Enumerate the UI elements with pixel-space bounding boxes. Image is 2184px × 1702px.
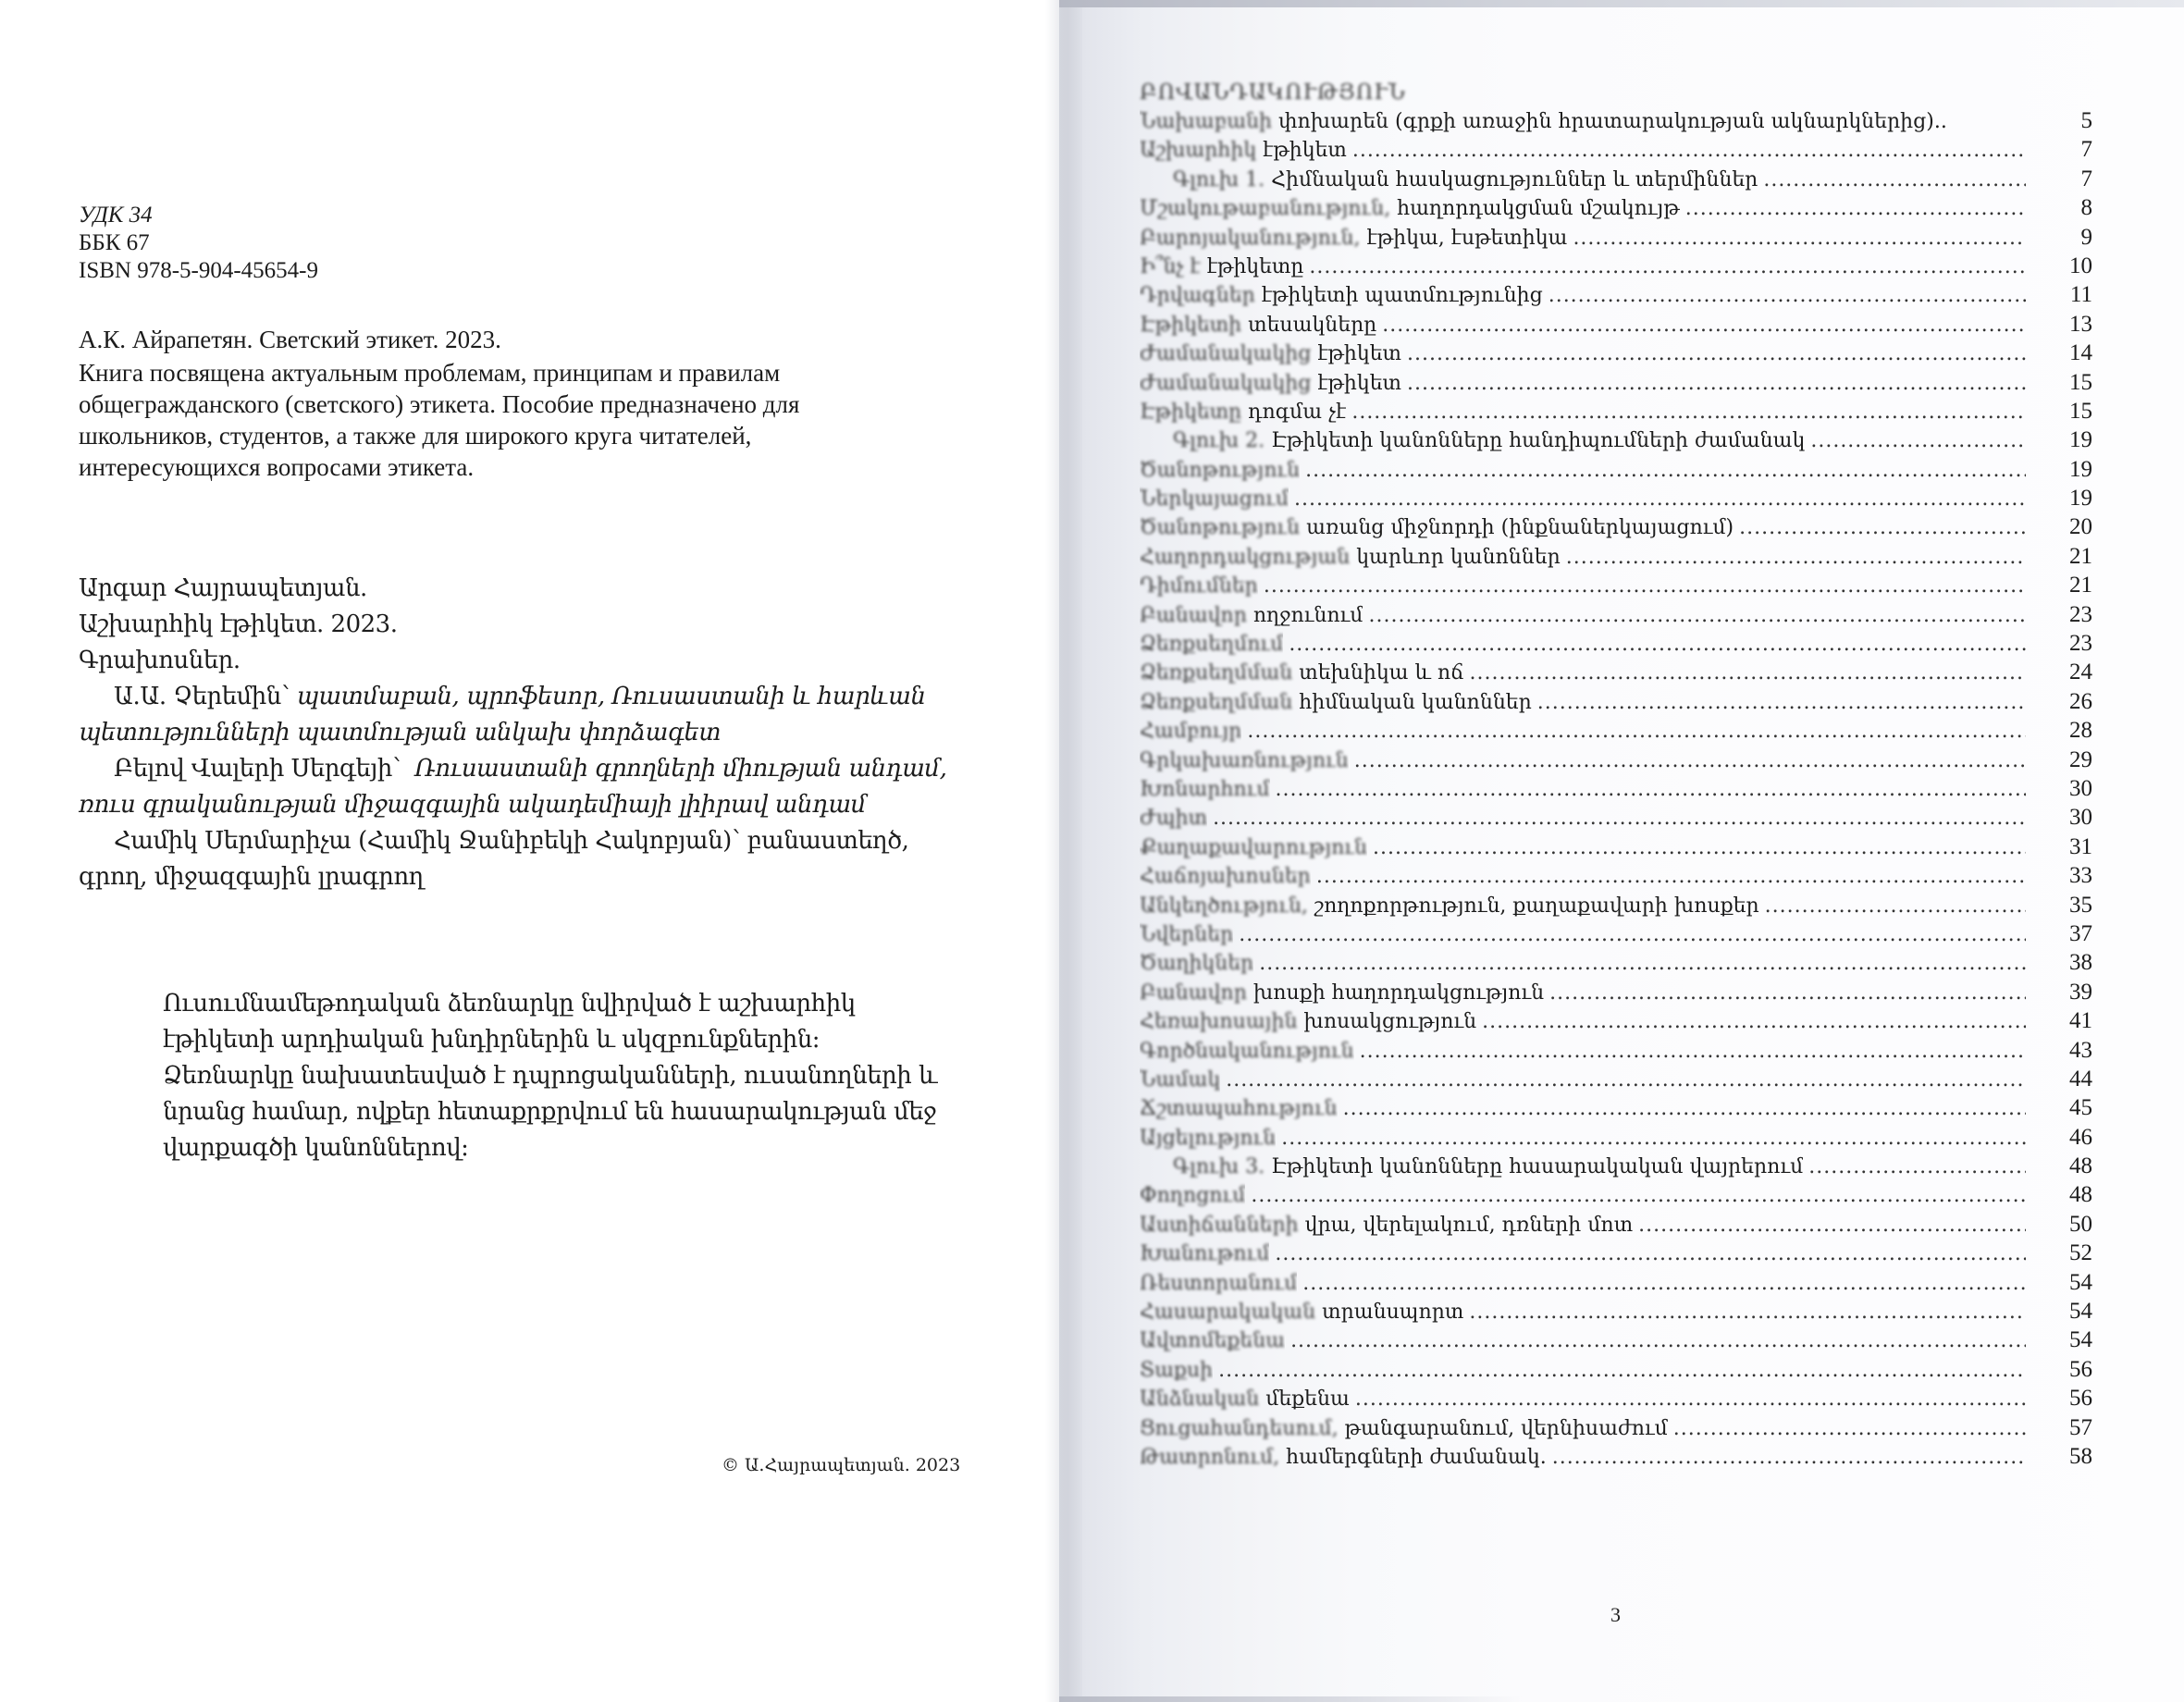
toc-page-number: 28 [2031,716,2092,745]
toc-entry-lead: Փողոցում [1140,1184,1245,1207]
toc-page-number: 44 [2031,1065,2092,1093]
toc-entry: Ճշտապահություն45 [1140,1093,2092,1122]
toc-page-number: 11 [2031,280,2092,309]
russian-annotation-line: общегражданского (светского) этикета. По… [79,388,1041,420]
toc-entry-title: Քաղաքավարություն [1140,833,1367,862]
toc-page-number: 15 [2031,368,2092,397]
toc-leader-dots [1685,194,2026,223]
toc-leader-dots [1482,1007,2026,1036]
reviewer-role: պատմաբան, պրոֆեսոր, Ռուսաստանի և հարևան [297,683,926,710]
toc-leader-dots [1343,1094,2026,1123]
toc-entry-title: Թատրոնում, համերգների ժամանակ. [1140,1443,1547,1472]
toc-entry-title: Աշխարհիկ էթիկետ [1140,136,1347,165]
toc-leader-dots [1470,659,2026,687]
toc-chapter-entry: Գլուխ 1. Հիմնական հասկացություններ և տեր… [1140,165,2092,193]
toc-entry-title: Գլուխ 1. Հիմնական հասկացություններ և տեր… [1140,166,1758,194]
toc-entry: Ներկայացում19 [1140,484,2092,512]
toc-entry: Աշխարհիկ էթիկետ7 [1140,135,2092,164]
toc-leader-dots [1276,775,2026,804]
left-page: УДК 34 ББК 67 ISBN 978-5-904-45654-9 А.К… [0,0,1073,1702]
toc-leader-dots [1573,224,2026,253]
toc-entry: Բանավոր խոսքի հաղորդակցություն39 [1140,978,2092,1006]
toc-entry-title: Ներկայացում [1140,485,1289,513]
toc-entry-lead: Էթիկետը [1140,401,1241,424]
toc-page-number: 33 [2031,861,2092,890]
reviewer-role: Ռուսաստանի գրողների միության անդամ, [414,755,946,783]
russian-annotation: А.К. Айрапетян. Светский этикет. 2023. К… [79,324,1041,483]
toc-entry: Անկեղծություն, շողոքորթություն, քաղաքավա… [1140,891,2092,919]
toc-entry-title: Գլուխ 2. Էթիկետի կանոնները հանդիպումների… [1140,426,1805,455]
russian-annotation-line: школьников, студентов, а также для широк… [79,420,1041,451]
toc-entry: Դրվագներ էթիկետի պատմությունից11 [1140,280,2092,309]
toc-entry-title: Դրվագներ էթիկետի պատմությունից [1140,281,1543,310]
toc-leader-dots [1239,920,2026,949]
toc-entry-lead: Հաճոյախոսներ [1140,865,1311,888]
toc-entry-title: Խանութում [1140,1239,1269,1268]
toc-page-number: 35 [2031,891,2092,919]
toc-entry-rest: տրանսպորտ [1315,1301,1463,1324]
toc-page-number: 29 [2031,746,2092,774]
toc-entry-lead: Ավտոմեքենա [1140,1329,1285,1352]
toc-leader-dots [1351,398,2026,426]
toc-entry-title: Մշակութաբանություն, հաղորդակցման մշակույ… [1140,194,1680,223]
toc-page-number: 7 [2031,165,2092,193]
toc-entry-lead: Տաքսի [1140,1359,1213,1382]
toc-leader-dots [1368,601,2026,630]
toc-entry-lead: Խանութում [1140,1242,1269,1265]
toc-leader-dots [1810,426,2026,455]
toc-entry: Հաղորդակցության կարևոր կանոններ21 [1140,542,2092,571]
toc-entry-lead: Հեռախոսային [1140,1010,1297,1033]
toc-entry-lead: Թատրոնում, [1140,1446,1279,1469]
toc-leader-dots [1309,253,2026,281]
toc-page-number: 58 [2031,1442,2092,1471]
toc-page-number: 15 [2031,397,2092,425]
toc-entry-lead: Հաղորդակցության [1140,546,1350,569]
toc-page-number: 20 [2031,512,2092,541]
toc-entry-title: Ծաղիկներ [1140,949,1253,978]
toc-leader-dots [1213,804,2026,832]
toc-entry-rest: էթիկետ [1311,372,1401,395]
toc-page-number: 23 [2031,629,2092,658]
toc-entry-title: Փողոցում [1140,1181,1245,1210]
toc-page-number: 13 [2031,310,2092,339]
toc-entry-title: Բանավոր խոսքի հաղորդակցություն [1140,979,1544,1007]
toc-entry-rest: տեխնիկա և ոճ [1292,661,1463,684]
toc-entry-rest: էթիկետ [1311,342,1401,365]
toc-entry-title: Ձեռքսեղմում [1140,630,1283,659]
reviewers-label: Գրախոսներ. [79,643,1059,679]
toc-entry-lead: Նախաբանի [1140,110,1272,133]
reviewer-role-line: պետությունների պատմության անկախ փորձագետ [79,719,721,746]
bibliographic-block: УДК 34 ББК 67 ISBN 978-5-904-45654-9 [79,202,318,285]
toc-page-number: 31 [2031,832,2092,861]
toc-entry-lead: Գլուխ 2. [1173,429,1265,452]
toc-entry: Ժամանակակից էթիկետ15 [1140,368,2092,397]
toc-entry-lead: Նվերներ [1140,923,1233,946]
toc-entry: Հեռախոսային խոսակցություն41 [1140,1006,2092,1035]
russian-title-line: А.К. Айрапетян. Светский этикет. 2023. [79,324,1041,355]
toc-entry-lead: Ձեռքսեղմում [1140,633,1283,656]
toc-page-number: 56 [2031,1384,2092,1412]
toc-page-number: 50 [2031,1210,2092,1239]
toc-entry: Ծանոթություն19 [1140,455,2092,484]
spine-gutter-shadow [1045,0,1082,1702]
toc-page-number: 21 [2031,542,2092,571]
toc-entry: Հաճոյախոսներ33 [1140,861,2092,890]
toc-entry-title: Էթիկետի տեսակները [1140,311,1376,339]
toc-leader-dots [1765,892,2026,920]
toc-entry-lead: Խոնարհում [1140,778,1270,801]
toc-heading-text: ԲՈՎԱՆԴԱԿՈՒԹՅՈՒՆ [1140,80,1406,105]
toc-entry-rest: Էթիկետի կանոնները հանդիպումների ժամանակ [1265,429,1805,452]
annotation-line: Ուսումնամեթոդական ձեռնարկը նվիրված է աշխ… [163,986,1014,1022]
toc-page-number: 52 [2031,1239,2092,1267]
toc-entry-title: Համբույր [1140,717,1241,746]
toc-entry-title: Գրկախառնություն [1140,746,1349,775]
toc-entry: Համբույր28 [1140,716,2092,745]
toc-leader-dots [1373,833,2026,862]
toc-leader-dots [1302,1269,2026,1298]
toc-entry-lead: Ժամանակակից [1140,372,1311,395]
reviewer-role-continued: պետությունների պատմության անկախ փորձագետ [79,715,1059,751]
toc-entry-lead: Դրվագներ [1140,284,1255,307]
toc-entry-title: Բարոյականություն, էթիկա, էսթետիկա [1140,224,1567,253]
toc-entry-lead: Գրկախառնություն [1140,749,1349,772]
reviewer-role-continued: գրող, միջազգային լրագրող [79,859,1059,895]
toc-entry-title: Նվերներ [1140,920,1233,949]
toc-entry: Խոնարհում30 [1140,774,2092,803]
toc-leader-dots [1549,979,2026,1007]
toc-entry-title: Աստիճանների վրա, վերելակում, դռների մոտ [1140,1211,1633,1239]
toc-entry-lead: Ճշտապահություն [1140,1097,1338,1120]
toc-entry-title: Ժպիտ [1140,804,1207,832]
toc-entry: Մշակութաբանություն, հաղորդակցման մշակույ… [1140,193,2092,222]
toc-entry-rest: փոխարեն (գրքի առաջին հրատարակության ակնա… [1272,110,1947,133]
toc-page-number: 43 [2031,1036,2092,1065]
toc-entry: Ծանոթություն առանց միջնորդի (ինքնաներկայ… [1140,512,2092,541]
toc-entry-rest: առանց միջնորդի (ինքնաներկայացում) [1300,516,1734,539]
toc-entry-title: Գլուխ 3. Էթիկետի կանոնները հասարակական վ… [1140,1153,1803,1181]
reviewer-name: Համիկ Սերմարիչա (Համիկ Ջանիբեկի Հակոբյան… [114,827,908,855]
toc-entry-title: Այցելություն [1140,1124,1276,1153]
toc-entry-lead: Գլուխ 1. [1173,168,1265,191]
toc-entry-lead: Հասարակական [1140,1301,1315,1324]
toc-entry: Ռեստորանում54 [1140,1268,2092,1297]
bbk-code: ББК 67 [79,229,318,257]
page-edge-bottom [1059,1696,1522,1702]
toc-leader-dots [1638,1211,2026,1239]
toc-entry-title: Հաղորդակցության կարևոր կանոններ [1140,543,1561,572]
toc-page-number: 56 [2031,1355,2092,1384]
toc-chapter-entry: Գլուխ 3. Էթիկետի կանոնները հասարակական վ… [1140,1152,2092,1180]
reviewer-name: Բելով Վալերի Սերգեյի՝ [114,755,401,783]
toc-entry-title: Ձեռքսեղմման հիմնական կանոններ [1140,688,1532,717]
toc-entry-rest: էթիկետի պատմությունից [1255,284,1543,307]
toc-entry: Փողոցում48 [1140,1180,2092,1209]
toc-entry-title: Հասարակական տրանսպորտ [1140,1298,1463,1326]
copyright-notice: © Ա.Հայրապետյան. 2023 [722,1455,960,1475]
toc-page-number: 38 [2031,948,2092,977]
toc-entry: Ցուցահանդեսում, թանգարանում, վերնիսաժում… [1140,1413,2092,1442]
toc-entry-title: Հաճոյախոսներ [1140,862,1311,891]
toc-entry: Դիմումներ21 [1140,571,2092,599]
toc-leader-dots [1290,1326,2026,1355]
toc-page-number: 19 [2031,484,2092,512]
toc-entry-title: Անկեղծություն, շողոքորթություն, քաղաքավա… [1140,892,1759,920]
toc-entry-lead: Անձնական [1140,1387,1259,1411]
toc-leader-dots [1739,513,2026,542]
toc-leader-dots [1360,1037,2026,1066]
toc-entry: Տաքսի56 [1140,1355,2092,1384]
armenian-imprint: Արգար Հայրապետյան. Աշխարհիկ էթիկետ. 2023… [79,571,1059,895]
toc-entry-lead: Համբույր [1140,720,1241,743]
toc-entry: Բանավոր ողջունում23 [1140,600,2092,629]
toc-chapter-entry: Գլուխ 2. Էթիկետի կանոնները հանդիպումների… [1140,425,2092,454]
toc-entry-title: Ավտոմեքենա [1140,1326,1285,1355]
toc-page-number: 10 [2031,252,2092,280]
toc-entry-title: Ժամանակակից էթիկետ [1140,339,1401,368]
toc-entry-rest: համերգների ժամանակ. [1279,1446,1547,1469]
toc-entry-title: Ծանոթություն առանց միջնորդի (ինքնաներկայ… [1140,513,1734,542]
toc-leader-dots [1275,1239,2026,1268]
toc-entry-rest: էթիկա, էսթետիկա [1361,227,1568,250]
toc-entry: Ձեռքսեղմում23 [1140,629,2092,658]
toc-entry: Էթիկետը դոգմա չէ15 [1140,397,2092,425]
toc-list: Նախաբանի փոխարեն (գրքի առաջին հրատարակու… [1140,106,2092,1471]
toc-page-number: 24 [2031,658,2092,686]
toc-entry-title: Նամակ [1140,1066,1220,1094]
toc-entry-lead: Ժպիտ [1140,807,1207,830]
toc-entry-rest: հաղորդակցման մշակույթ [1390,197,1680,220]
toc-page-number: 39 [2031,978,2092,1006]
reviewer-role-line: ռուս գրականության միջազգային ակադեմիայի … [79,791,866,819]
toc-entry-lead: Գործնականություն [1140,1040,1354,1063]
toc-entry-lead: Ծաղիկներ [1140,952,1253,975]
toc-entry-rest: շողոքորթություն, քաղաքավարի խոսքեր [1308,894,1759,918]
toc-entry-lead: Ծանոթություն [1140,459,1300,482]
toc-entry-lead: Աստիճանների [1140,1214,1299,1237]
toc-entry-lead: Ծանոթություն [1140,516,1300,539]
toc-entry-title: Տաքսի [1140,1356,1213,1385]
toc-page-number: 48 [2031,1152,2092,1180]
toc-entry-rest: ողջունում [1247,604,1363,627]
toc-page-number: 41 [2031,1006,2092,1035]
toc-page-number: 45 [2031,1093,2092,1122]
toc-leader-dots [1763,166,2026,194]
toc-leader-dots [1352,136,2026,165]
toc-leader-dots [1382,311,2026,339]
toc-entry-lead: Անկեղծություն, [1140,894,1308,918]
toc-entry: Խանութում52 [1140,1239,2092,1267]
book-spread: УДК 34 ББК 67 ISBN 978-5-904-45654-9 А.К… [0,0,2184,1702]
toc-entry-rest: Էթիկետի կանոնները հասարակական վայրերում [1265,1155,1803,1178]
toc-entry: Գործնականություն43 [1140,1036,2092,1065]
toc-page-number: 5 [2031,106,2092,135]
toc-page-number: 8 [2031,193,2092,222]
toc-page-number: 26 [2031,687,2092,716]
toc-entry-rest: կարևոր կանոններ [1350,546,1561,569]
toc-entry: Նվերներ37 [1140,919,2092,948]
toc-entry-title: Ի՞նչ է էթիկետը [1140,253,1303,281]
toc-page-number: 48 [2031,1180,2092,1209]
toc-page-number: 57 [2031,1413,2092,1442]
toc-entry: Անձնական մեքենա56 [1140,1384,2092,1412]
page-edge-top [1059,0,2184,7]
toc-entry-lead: Ռեստորանում [1140,1272,1297,1295]
toc-entry-lead: Դիմումներ [1140,574,1258,598]
toc-entry: Էթիկետի տեսակները13 [1140,310,2092,339]
annotation-line: Ձեռնարկը նախատեսված է դպրոցականների, ուս… [163,1058,1014,1094]
toc-leader-dots [1537,688,2026,717]
toc-entry-lead: Ցուցահանդեսում, [1140,1417,1339,1440]
toc-entry-rest: վրա, վերելակում, դռների մոտ [1299,1214,1634,1237]
toc-leader-dots [1549,281,2026,310]
toc-leader-dots [1247,717,2026,746]
book-title-year: Աշխարհիկ էթիկետ. 2023. [79,607,1059,643]
toc-entry-rest: Հիմնական հասկացություններ և տերմիններ [1265,168,1758,191]
toc-entry-rest: թանգարանում, վերնիսաժում [1339,1417,1668,1440]
toc-entry-rest: հիմնական կանոններ [1292,691,1532,714]
toc-entry: Բարոյականություն, էթիկա, էսթետիկա9 [1140,223,2092,252]
toc-page-number: 21 [2031,571,2092,599]
reviewer-entry: Համիկ Սերմարիչա (Համիկ Ջանիբեկի Հակոբյան… [79,823,1059,859]
toc-leader-dots [1305,456,2026,485]
toc-leader-dots [1316,862,2026,891]
toc-leader-dots [1808,1153,2026,1181]
toc-entry-rest: էթիկետ [1256,139,1347,162]
toc-entry-title: Դիմումներ [1140,572,1258,600]
toc-page-number: 54 [2031,1297,2092,1326]
toc-entry-rest: խոսակցություն [1297,1010,1476,1033]
reviewer-entry: Բելով Վալերի Սերգեյի՝ Ռուսաստանի գրողներ… [79,751,1059,787]
toc-entry-title: Ցուցահանդեսում, թանգարանում, վերնիսաժում [1140,1414,1668,1443]
toc-entry: Ձեռքսեղմման տեխնիկա և ոճ24 [1140,658,2092,686]
toc-leader-dots [1407,369,2026,398]
toc-entry-lead: Բանավոր [1140,604,1247,627]
toc-leader-dots [1281,1124,2026,1153]
toc-entry-title: Ճշտապահություն [1140,1094,1338,1123]
toc-page-number: 30 [2031,774,2092,803]
toc-entry-lead: Ժամանակակից [1140,342,1311,365]
annotation-line: էթիկետի արդիական խնդիրներին և սկզբունքնե… [163,1022,1014,1058]
toc-leader-dots [1354,746,2026,775]
toc-page-number: 19 [2031,425,2092,454]
toc-leader-dots [1289,630,2026,659]
toc-page-number: 19 [2031,455,2092,484]
reviewer-entry: Ա.Ա. Չերեմին՝ պատմաբան, պրոֆեսոր, Ռուսաս… [79,679,1059,715]
toc-leader-dots [1673,1414,2026,1443]
toc-entry-title: Անձնական մեքենա [1140,1385,1350,1413]
toc-entry-lead: Ի՞նչ է [1140,255,1201,278]
toc-leader-dots [1259,949,2026,978]
toc-leader-dots [1226,1066,2026,1094]
toc-page-number: 54 [2031,1268,2092,1297]
toc-leader-dots [1552,1443,2026,1472]
russian-annotation-line: интересующихся вопросами этикета. [79,451,1041,483]
author-name: Արգար Հայրապետյան. [79,571,1059,607]
toc-leader-dots [1264,572,2026,600]
toc-heading: ԲՈՎԱՆԴԱԿՈՒԹՅՈՒՆ [1140,79,2092,106]
toc-page-number: 23 [2031,600,2092,629]
toc-page-number: 7 [2031,135,2092,164]
armenian-annotation: Ուսումնամեթոդական ձեռնարկը նվիրված է աշխ… [163,986,1014,1166]
toc-entry: Նախաբանի փոխարեն (գրքի առաջին հրատարակու… [1140,106,2092,135]
toc-page-number: 30 [2031,803,2092,832]
toc-entry-lead: Քաղաքավարություն [1140,836,1367,859]
toc-entry: Ավտոմեքենա54 [1140,1326,2092,1354]
toc-leader-dots [1294,485,2026,513]
toc-entry-rest: խոսքի հաղորդակցություն [1247,981,1544,1005]
russian-annotation-line: Книга посвящена актуальным проблемам, пр… [79,357,1041,388]
reviewer-role-continued: ռուս գրականության միջազգային ակադեմիայի … [79,787,1059,823]
toc-entry-title: Ռեստորանում [1140,1269,1297,1298]
toc-entry: Թատրոնում, համերգների ժամանակ.58 [1140,1442,2092,1471]
toc-entry-lead: Ներկայացում [1140,487,1289,511]
toc-leader-dots [1469,1298,2026,1326]
toc-page-number: 54 [2031,1326,2092,1354]
toc-entry-lead: Այցելություն [1140,1127,1276,1150]
toc-entry-title: Ձեռքսեղմման տեխնիկա և ոճ [1140,659,1464,687]
toc-entry-rest: էթիկետը [1201,255,1304,278]
toc-leader-dots [1218,1356,2026,1385]
toc-entry: Աստիճանների վրա, վերելակում, դռների մոտ5… [1140,1210,2092,1239]
toc-page-number: 46 [2031,1123,2092,1152]
table-of-contents: ԲՈՎԱՆԴԱԿՈՒԹՅՈՒՆ Նախաբանի փոխարեն (գրքի ա… [1140,79,2092,1471]
toc-entry-title: Խոնարհում [1140,775,1270,804]
toc-entry-title: Ժամանակակից էթիկետ [1140,369,1401,398]
toc-entry-rest: մեքենա [1259,1387,1350,1411]
toc-entry: Ի՞նչ է էթիկետը10 [1140,252,2092,280]
toc-leader-dots [1355,1385,2026,1413]
toc-entry-lead: Նամակ [1140,1068,1220,1091]
toc-entry-title: Նախաբանի փոխարեն (գրքի առաջին հրատարակու… [1140,107,1947,136]
toc-entry: Ժամանակակից էթիկետ14 [1140,339,2092,367]
toc-entry: Քաղաքավարություն31 [1140,832,2092,861]
toc-entry: Ձեռքսեղմման հիմնական կանոններ26 [1140,687,2092,716]
toc-page-number: 9 [2031,223,2092,252]
toc-entry-lead: Աշխարհիկ [1140,139,1256,162]
toc-page-number: 14 [2031,339,2092,367]
annotation-line: նրանց համար, ովքեր հետաքրքրվում են հասար… [163,1094,1014,1130]
toc-entry: Նամակ44 [1140,1065,2092,1093]
toc-entry-lead: Գլուխ 3. [1173,1155,1265,1178]
toc-entry-title: Գործնականություն [1140,1037,1354,1066]
udk-code: УДК 34 [79,202,318,229]
toc-entry: Ժպիտ30 [1140,803,2092,832]
toc-entry-lead: Մշակութաբանություն, [1140,197,1390,220]
reviewer-name: Ա.Ա. Չերեմին՝ [114,683,290,710]
page-number: 3 [1610,1603,1621,1627]
toc-entry-title: Ծանոթություն [1140,456,1300,485]
toc-entry: Այցելություն46 [1140,1123,2092,1152]
toc-entry-lead: Բանավոր [1140,981,1247,1005]
toc-entry-rest: տեսակները [1241,314,1376,337]
toc-page-number: 37 [2031,919,2092,948]
isbn: ISBN 978-5-904-45654-9 [79,257,318,285]
toc-entry: Հասարակական տրանսպորտ54 [1140,1297,2092,1326]
toc-leader-dots [1566,543,2026,572]
toc-entry-lead: Ձեռքսեղմման [1140,661,1292,684]
toc-entry: Գրկախառնություն29 [1140,746,2092,774]
toc-leader-dots [1251,1181,2026,1210]
toc-entry-title: Բանավոր ողջունում [1140,601,1363,630]
toc-entry-lead: Ձեռքսեղմման [1140,691,1292,714]
toc-entry-lead: Էթիկետի [1140,314,1241,337]
toc-entry-title: Էթիկետը դոգմա չէ [1140,398,1346,426]
toc-entry-rest: դոգմա չէ [1241,401,1346,424]
toc-entry-lead: Բարոյականություն, [1140,227,1361,250]
